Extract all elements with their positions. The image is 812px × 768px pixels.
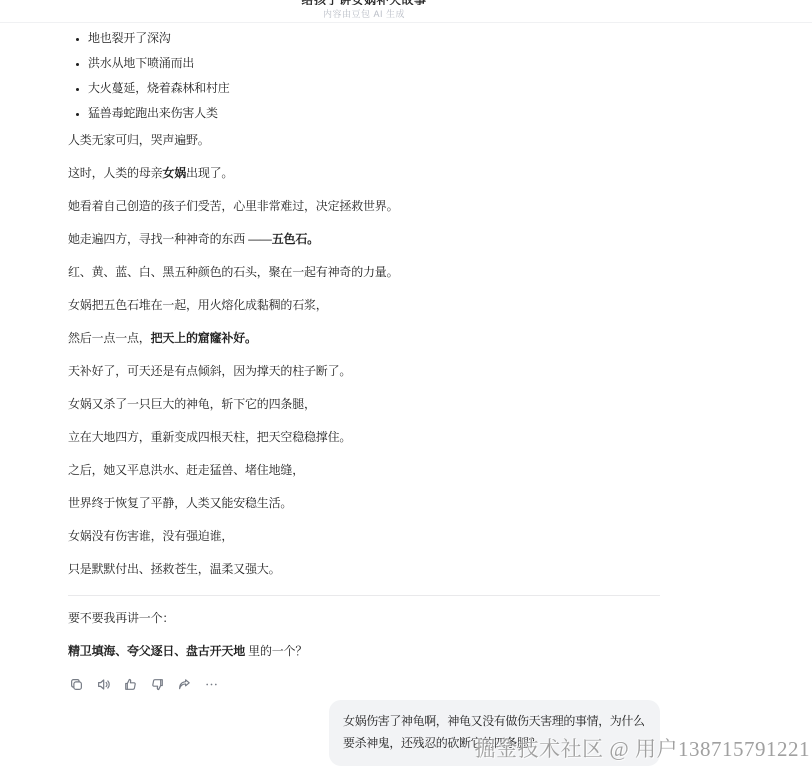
paragraph: 人类无家可归，哭声遍野。 <box>68 132 660 149</box>
share-icon[interactable] <box>176 676 192 692</box>
header-divider <box>0 22 812 23</box>
message-action-row <box>68 676 660 692</box>
assistant-message: 地也裂开了深沟 洪水从地下喷涌而出 大火蔓延，烧着森林和村庄 猛兽毒蛇跑出来伤害… <box>68 29 660 692</box>
copy-icon[interactable] <box>68 676 84 692</box>
paragraph: 红、黄、蓝、白、黑五种颜色的石头，聚在一起有神奇的力量。 <box>68 264 660 281</box>
more-icon[interactable] <box>203 676 219 692</box>
clipped-page-title: 给孩子讲女娲补天故事 <box>0 0 728 5</box>
paragraph: 她走遍四方，寻找一种神奇的东西 ——五色石。 <box>68 231 660 248</box>
followup-options: 精卫填海、夸父逐日、盘古开天地 里的一个？ <box>68 643 660 660</box>
paragraph: 女娲又杀了一只巨大的神龟，斩下它的四条腿， <box>68 396 660 413</box>
paragraph: 天补好了，可天还是有点倾斜，因为撑天的柱子断了。 <box>68 363 660 380</box>
disaster-bullet-list: 地也裂开了深沟 洪水从地下喷涌而出 大火蔓延，烧着森林和村庄 猛兽毒蛇跑出来伤害… <box>68 30 660 122</box>
page-title-text: 给孩子讲女娲补天故事 <box>301 0 426 5</box>
paragraph: 她看着自己创造的孩子们受苦，心里非常难过，决定拯救世界。 <box>68 198 660 215</box>
paragraph: 只是默默付出、拯救苍生，温柔又强大。 <box>68 561 660 578</box>
followup-prompt: 要不要我再讲一个： <box>68 610 660 627</box>
list-item: 猛兽毒蛇跑出来伤害人类 <box>88 105 660 122</box>
list-item: 大火蔓延，烧着森林和村庄 <box>88 80 660 97</box>
list-item: 地也裂开了深沟 <box>88 30 660 47</box>
list-item: 洪水从地下喷涌而出 <box>88 55 660 72</box>
paragraph: 女娲把五色石堆在一起，用火熔化成黏稠的石浆， <box>68 297 660 314</box>
paragraph: 女娲没有伤害谁，没有强迫谁， <box>68 528 660 545</box>
ai-generated-disclaimer: 内容由豆包 AI 生成 <box>0 7 728 20</box>
section-divider <box>68 595 660 596</box>
paragraph: 世界终于恢复了平静，人类又能安稳生活。 <box>68 495 660 512</box>
paragraph: 之后，她又平息洪水、赶走猛兽、堵住地缝， <box>68 462 660 479</box>
paragraph: 这时，人类的母亲女娲出现了。 <box>68 165 660 182</box>
like-icon[interactable] <box>122 676 138 692</box>
paragraph: 然后一点一点，把天上的窟窿补好。 <box>68 330 660 347</box>
watermark: 掘金技术社区 @ 用户138715791221 <box>475 733 810 763</box>
read-aloud-icon[interactable] <box>95 676 111 692</box>
paragraph: 立在大地四方，重新变成四根天柱，把天空稳稳撑住。 <box>68 429 660 446</box>
dislike-icon[interactable] <box>149 676 165 692</box>
